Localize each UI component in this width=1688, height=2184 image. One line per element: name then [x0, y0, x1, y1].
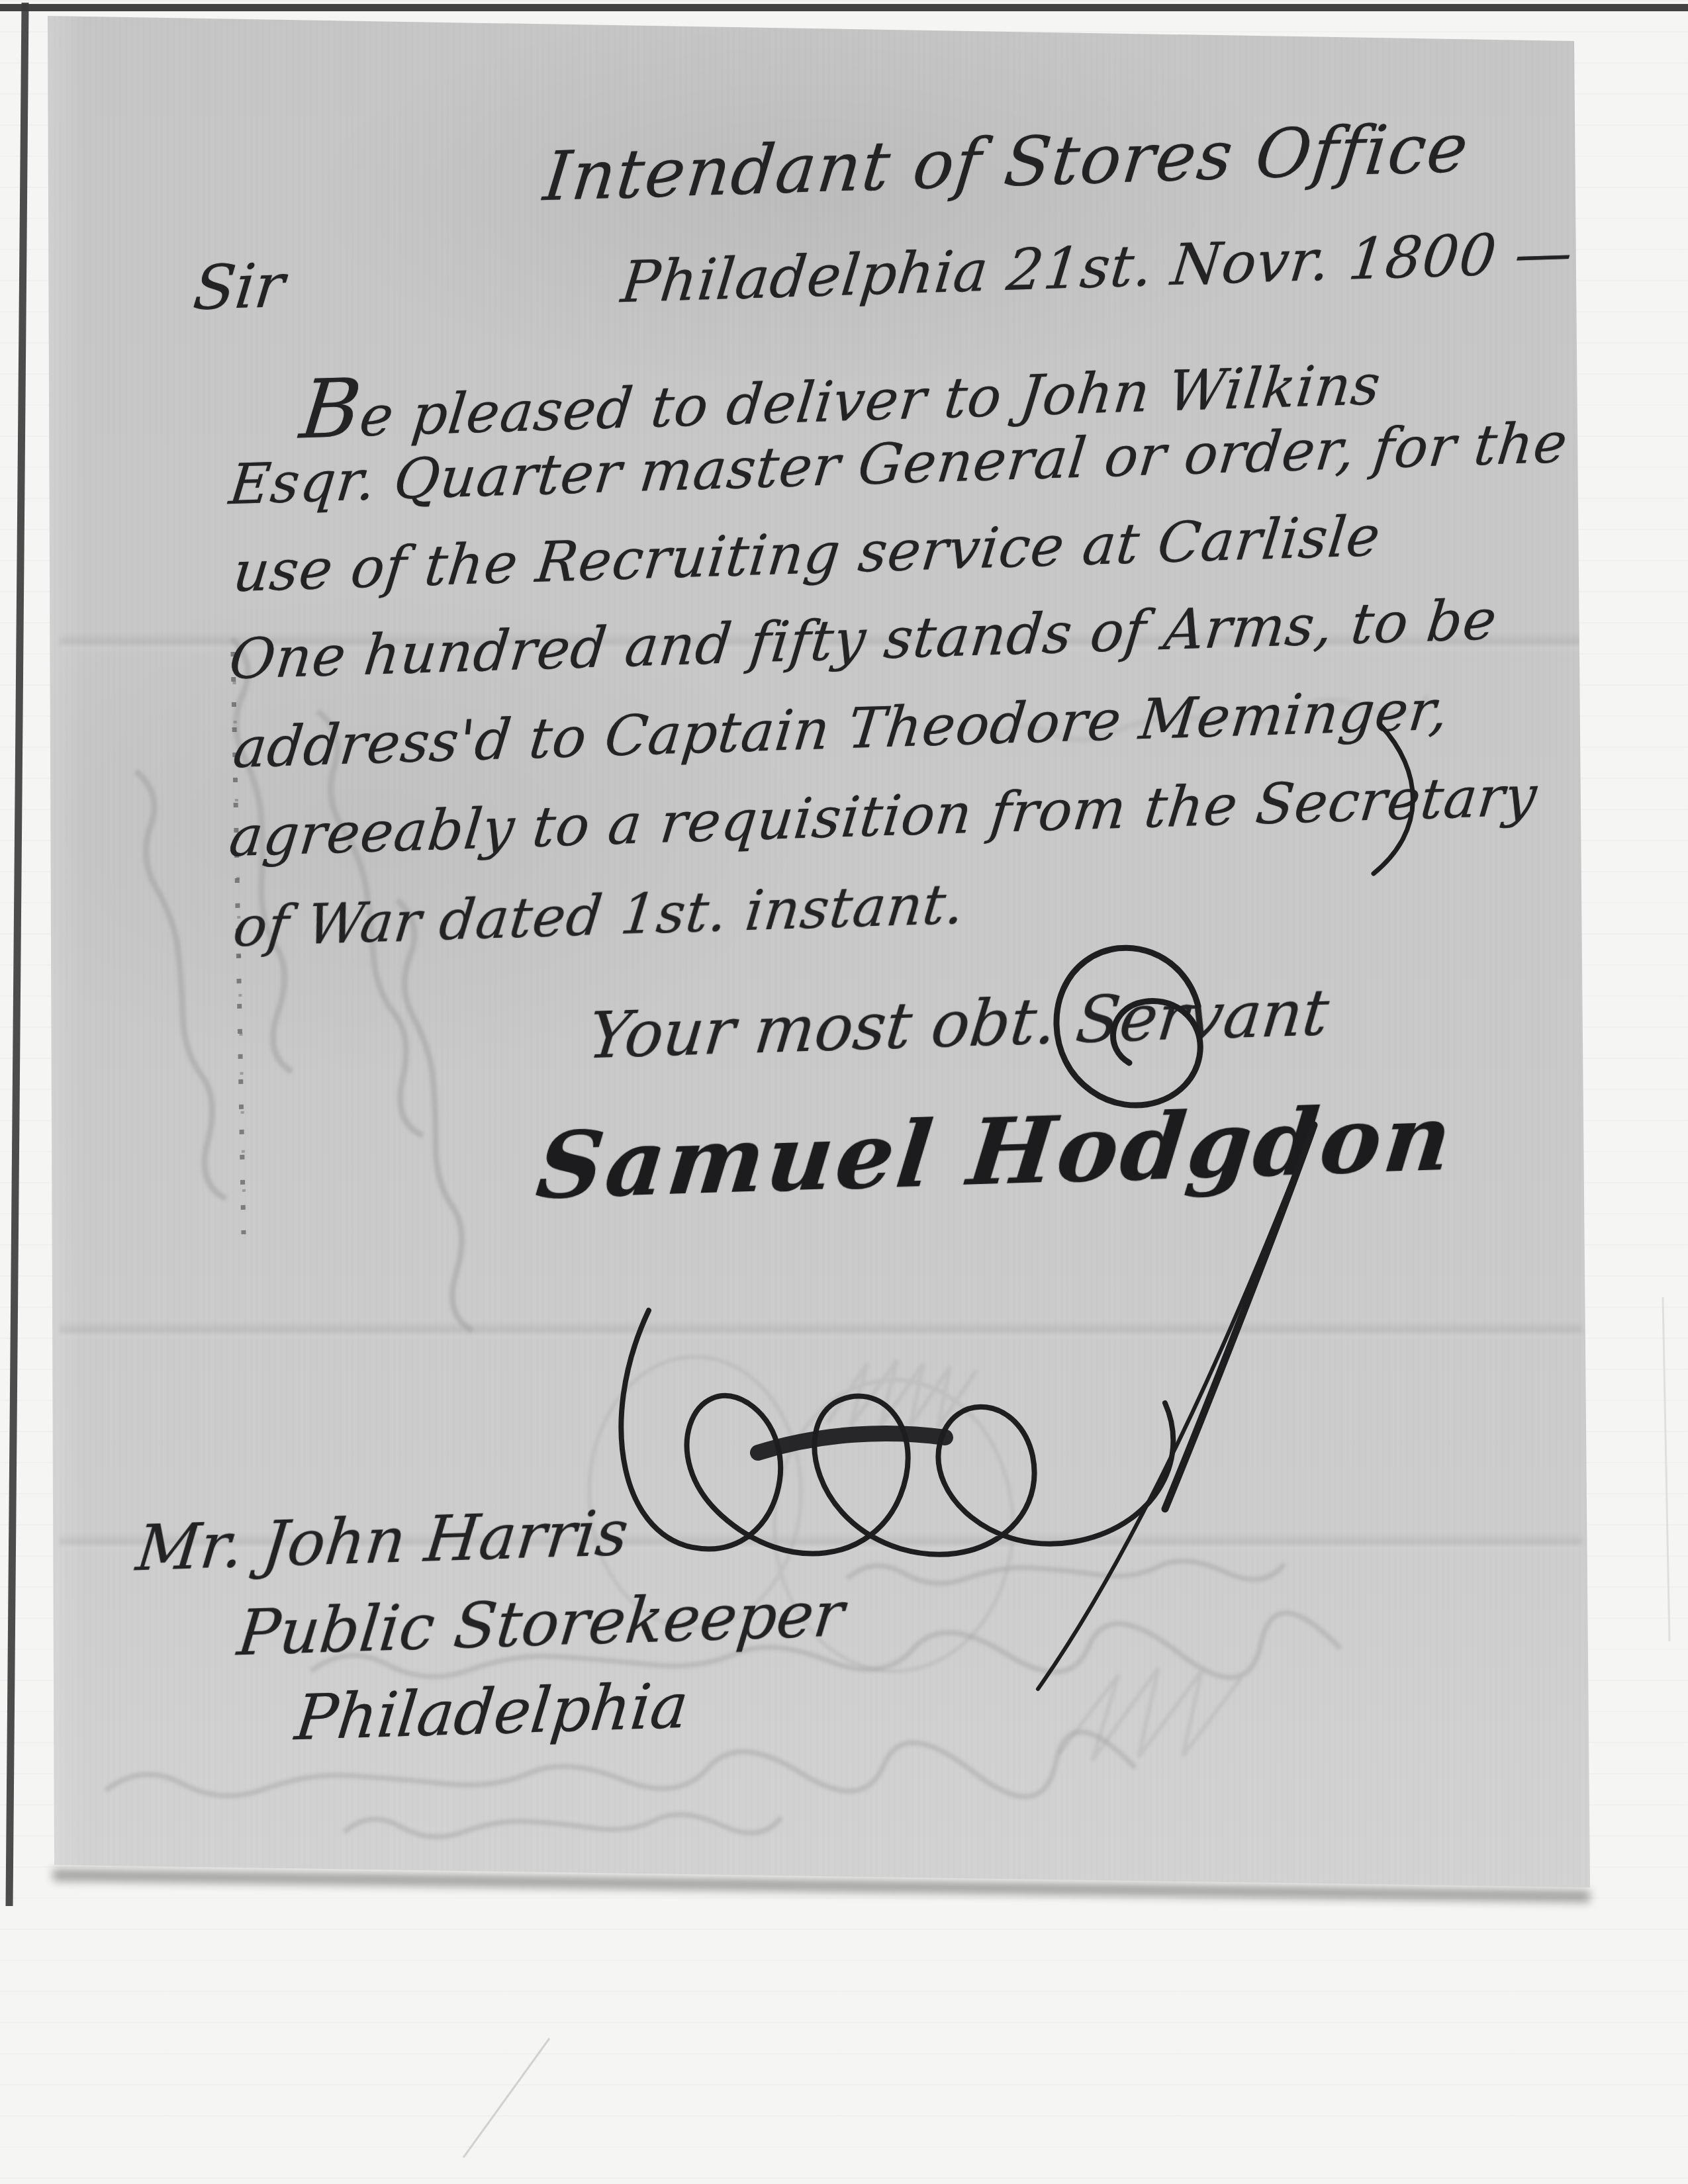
scanner-edge-lines — [0, 0, 1688, 2184]
scanner-top-edge-line — [0, 4, 1688, 11]
scanner-left-edge-line — [9, 3, 25, 1906]
stray-hairline — [1663, 1297, 1669, 1641]
stray-hairline — [463, 2038, 549, 2158]
scanned-letter-page: { "letter": { "heading_line1": "Intendan… — [0, 0, 1688, 2184]
